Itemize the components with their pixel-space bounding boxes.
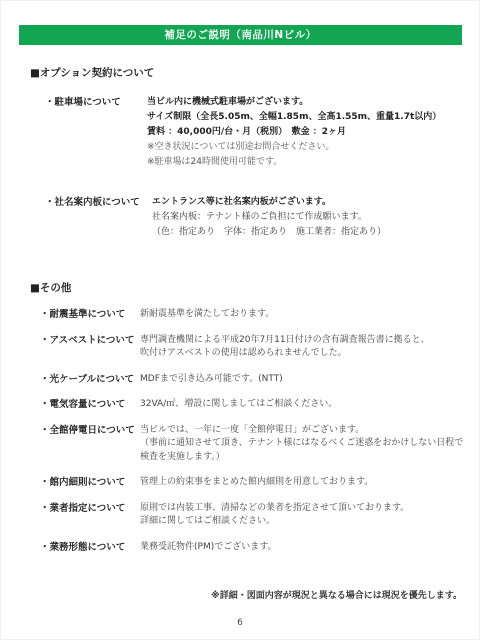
text-line: エントランス等に社名案内板がございます。 — [152, 195, 480, 210]
page-number: 6 — [0, 618, 480, 628]
item-signboard-label: ・社名案内板について — [45, 195, 152, 240]
item-designated-vendors-label: ・業者指定について — [40, 502, 140, 529]
item-house-rules: ・館内細則について 管理上の約束事をまとめた館内細則を用意しております。 — [40, 476, 480, 490]
text-line: 検査を実施します。） — [140, 451, 463, 465]
text-line: 賃料 ：40,000円/台・月（税別） 敷金 ：2ヶ月 — [147, 125, 480, 140]
text-line: 社名案内板：テナント様のご負担にて作成願います。 — [152, 210, 480, 225]
text-line: 業務受託物件(PM)でございます。 — [140, 541, 277, 555]
text-line: 吹付けアスベストの使用は認められませんでした。 — [140, 347, 430, 361]
page-title-bar: 補足のご説明（南品川Nビル） — [19, 25, 462, 45]
text-line: （事前に通知させて頂き、テナント様にはなるべくご迷惑をおかけしない日程で — [140, 437, 463, 451]
item-parking-content: 当ビル内に機械式駐車場がございます。 サイズ制限（全長5.05m、全幅1.85m… — [147, 95, 480, 170]
section-heading-others: ■その他 — [30, 282, 480, 295]
item-house-rules-label: ・館内細則について — [40, 476, 140, 490]
text-line: 当ビル内に機械式駐車場がございます。 — [147, 95, 480, 110]
footer-note: ※詳細・図面内容が現況と異なる場合には現況を優先します。 — [211, 588, 462, 601]
item-seismic: ・耐震基準について 新耐震基準を満たしております。 — [40, 308, 480, 322]
item-fiber-cable-label: ・光ケーブルについて — [40, 373, 140, 387]
text-line: ※駐車場は24時間使用可能です。 — [147, 155, 480, 170]
text-line: （色：指定あり 字体：指定あり 施工業者：指定あり） — [152, 225, 480, 240]
others-list: ・耐震基準について 新耐震基準を満たしております。 ・アスベストについて 専門調… — [40, 308, 480, 554]
text-line: 管理上の約束事をまとめた館内細則を用意しております。 — [140, 476, 373, 490]
item-designated-vendors: ・業者指定について 原則では内装工事、清掃などの業者を指定させて頂いております。… — [40, 502, 480, 529]
text-line: 詳細に関してはご相談ください。 — [140, 515, 409, 529]
item-parking: ・駐車場について 当ビル内に機械式駐車場がございます。 サイズ制限（全長5.05… — [45, 95, 480, 170]
text-line: 32VA/㎡、増設に関しましてはご相談ください。 — [140, 398, 337, 412]
text-line: 専門調査機関による平成20年7月11日付けの含有調査報告書に拠ると、 — [140, 334, 430, 348]
document-page: 補足のご説明（南品川Nビル） ■オプション契約について ・駐車場について 当ビル… — [0, 0, 480, 640]
item-asbestos: ・アスベストについて 専門調査機関による平成20年7月11日付けの含有調査報告書… — [40, 334, 480, 361]
item-signboard-content: エントランス等に社名案内板がございます。 社名案内板：テナント様のご負担にて作成… — [152, 195, 480, 240]
text-line: MDFまで引き込み可能です。(NTT) — [140, 373, 283, 387]
item-power-capacity-label: ・電気容量について — [40, 398, 140, 412]
text-line: 新耐震基準を満たしております。 — [140, 308, 274, 322]
section-heading-options: ■オプション契約について — [30, 67, 480, 80]
item-fiber-cable: ・光ケーブルについて MDFまで引き込み可能です。(NTT) — [40, 373, 480, 387]
text-line: サイズ制限（全長5.05m、全幅1.85m、全高1.55m、重量1.7t以内） — [147, 110, 480, 125]
text-line: ※空き状況については別途お問合せください。 — [147, 140, 480, 155]
text-line: 当ビルでは、一年に一度「全館停電日」がございます。 — [140, 424, 463, 438]
text-line: 原則では内装工事、清掃などの業者を指定させて頂いております。 — [140, 502, 409, 516]
item-management-type: ・業務形態について 業務受託物件(PM)でございます。 — [40, 541, 480, 555]
document-content: ■オプション契約について ・駐車場について 当ビル内に機械式駐車場がございます。… — [0, 45, 480, 566]
item-blackout-day-label: ・全館停電日について — [40, 424, 140, 465]
item-parking-label: ・駐車場について — [45, 95, 147, 170]
item-blackout-day: ・全館停電日について 当ビルでは、一年に一度「全館停電日」がございます。 （事前… — [40, 424, 480, 465]
page-title: 補足のご説明（南品川Nビル） — [164, 29, 316, 41]
item-asbestos-label: ・アスベストについて — [40, 334, 140, 361]
item-seismic-label: ・耐震基準について — [40, 308, 140, 322]
item-power-capacity: ・電気容量について 32VA/㎡、増設に関しましてはご相談ください。 — [40, 398, 480, 412]
item-signboard: ・社名案内板について エントランス等に社名案内板がございます。 社名案内板：テナ… — [45, 195, 480, 240]
item-management-type-label: ・業務形態について — [40, 541, 140, 555]
